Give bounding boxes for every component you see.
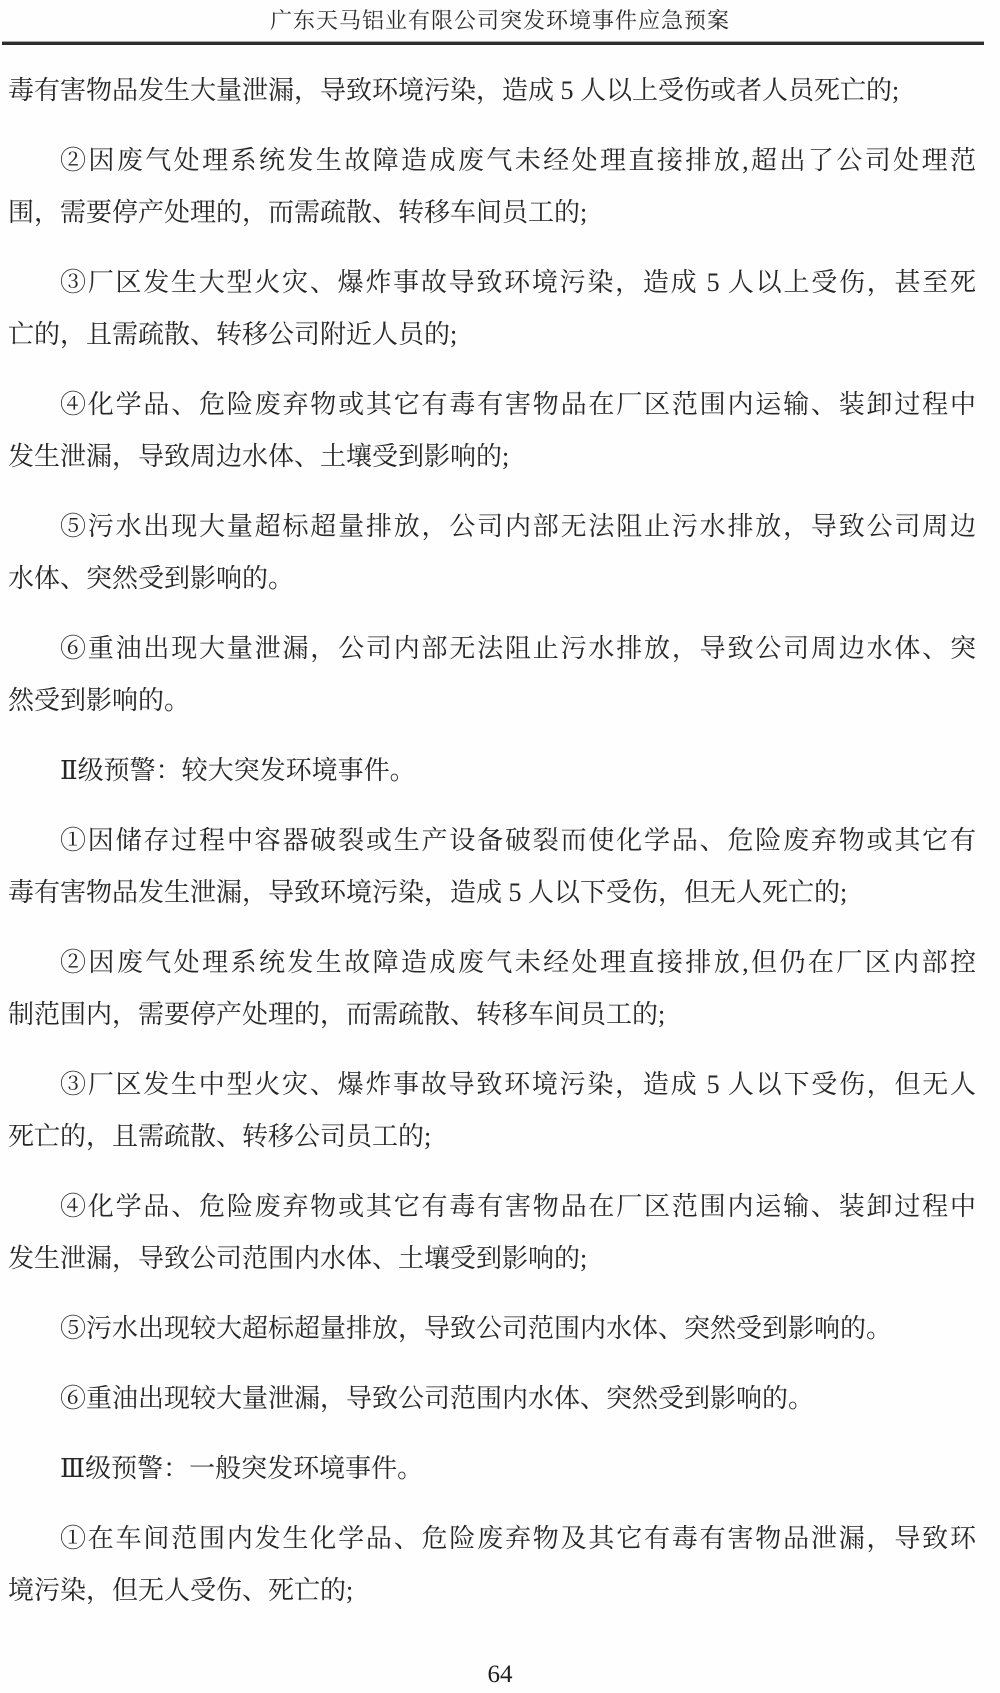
- paragraph-line: 亡的，且需疏散、转移公司附近人员的;: [8, 309, 976, 361]
- paragraph-line: ②因废气处理系统发生故障造成废气未经处理直接排放,但仍在厂区内部控: [8, 937, 976, 989]
- paragraph-line: 发生泄漏，导致周边水体、土壤受到影响的;: [8, 431, 976, 483]
- paragraph-line: ③厂区发生中型火灾、爆炸事故导致环境污染，造成 5 人以下受伤，但无人: [8, 1059, 976, 1111]
- paragraph: ②因废气处理系统发生故障造成废气未经处理直接排放,超出了公司处理范围，需要停产处…: [8, 135, 976, 239]
- paragraph: ⑥重油出现较大量泄漏，导致公司范围内水体、突然受到影响的。: [8, 1373, 976, 1425]
- paragraph: ⑤污水出现大量超标超量排放，公司内部无法阻止污水排放，导致公司周边水体、突然受到…: [8, 501, 976, 605]
- heading-line: Ⅲ级预警：一般突发环境事件。: [8, 1443, 976, 1495]
- paragraph-line: ④化学品、危险废弃物或其它有毒有害物品在厂区范围内运输、装卸过程中: [8, 379, 976, 431]
- heading-paragraph: Ⅲ级预警：一般突发环境事件。: [8, 1443, 976, 1495]
- paragraph-line: ①在车间范围内发生化学品、危险废弃物及其它有毒有害物品泄漏，导致环: [8, 1513, 976, 1565]
- heading-paragraph: Ⅱ级预警：较大突发环境事件。: [8, 745, 976, 797]
- paragraph-line: ③厂区发生大型火灾、爆炸事故导致环境污染，造成 5 人以上受伤，甚至死: [8, 257, 976, 309]
- paragraph: ①因储存过程中容器破裂或生产设备破裂而使化学品、危险废弃物或其它有毒有害物品发生…: [8, 815, 976, 919]
- paragraph-line: 死亡的，且需疏散、转移公司员工的;: [8, 1111, 976, 1163]
- paragraph: ③厂区发生中型火灾、爆炸事故导致环境污染，造成 5 人以下受伤，但无人死亡的，且…: [8, 1059, 976, 1163]
- paragraph-line: ⑥重油出现较大量泄漏，导致公司范围内水体、突然受到影响的。: [8, 1373, 976, 1425]
- paragraph: ②因废气处理系统发生故障造成废气未经处理直接排放,但仍在厂区内部控制范围内，需要…: [8, 937, 976, 1041]
- paragraph-line: ②因废气处理系统发生故障造成废气未经处理直接排放,超出了公司处理范: [8, 135, 976, 187]
- paragraph-line: ⑥重油出现大量泄漏，公司内部无法阻止污水排放，导致公司周边水体、突: [8, 623, 976, 675]
- paragraph-line: 发生泄漏，导致公司范围内水体、土壤受到影响的;: [8, 1233, 976, 1285]
- paragraph-line: 然受到影响的。: [8, 675, 976, 727]
- document-page: 广东天马铝业有限公司突发环境事件应急预案 毒有害物品发生大量泄漏，导致环境污染，…: [0, 0, 1000, 1693]
- paragraph-line: 毒有害物品发生泄漏，导致环境污染，造成 5 人以下受伤，但无人死亡的;: [8, 867, 976, 919]
- paragraph-line: 毒有害物品发生大量泄漏，导致环境污染，造成 5 人以上受伤或者人员死亡的;: [8, 65, 976, 117]
- paragraph: ④化学品、危险废弃物或其它有毒有害物品在厂区范围内运输、装卸过程中发生泄漏，导致…: [8, 379, 976, 483]
- paragraph-line: ⑤污水出现大量超标超量排放，公司内部无法阻止污水排放，导致公司周边: [8, 501, 976, 553]
- heading-line: Ⅱ级预警：较大突发环境事件。: [8, 745, 976, 797]
- paragraph-line: ⑤污水出现较大超标超量排放，导致公司范围内水体、突然受到影响的。: [8, 1303, 976, 1355]
- paragraph-line: ①因储存过程中容器破裂或生产设备破裂而使化学品、危险废弃物或其它有: [8, 815, 976, 867]
- paragraph: 毒有害物品发生大量泄漏，导致环境污染，造成 5 人以上受伤或者人员死亡的;: [8, 65, 976, 117]
- paragraph-line: 水体、突然受到影响的。: [8, 553, 976, 605]
- paragraph: ①在车间范围内发生化学品、危险废弃物及其它有毒有害物品泄漏，导致环境污染，但无人…: [8, 1513, 976, 1617]
- paragraph: ⑥重油出现大量泄漏，公司内部无法阻止污水排放，导致公司周边水体、突然受到影响的。: [8, 623, 976, 727]
- page-footer: 64: [0, 1661, 1000, 1689]
- page-header: 广东天马铝业有限公司突发环境事件应急预案: [0, 0, 1000, 45]
- paragraph-line: 境污染，但无人受伤、死亡的;: [8, 1565, 976, 1617]
- paragraph-line: ④化学品、危险废弃物或其它有毒有害物品在厂区范围内运输、装卸过程中: [8, 1181, 976, 1233]
- header-title: 广东天马铝业有限公司突发环境事件应急预案: [0, 7, 1000, 35]
- paragraph: ④化学品、危险废弃物或其它有毒有害物品在厂区范围内运输、装卸过程中发生泄漏，导致…: [8, 1181, 976, 1285]
- paragraph-line: 制范围内，需要停产处理的，而需疏散、转移车间员工的;: [8, 989, 976, 1041]
- paragraph: ③厂区发生大型火灾、爆炸事故导致环境污染，造成 5 人以上受伤，甚至死亡的，且需…: [8, 257, 976, 361]
- document-body: 毒有害物品发生大量泄漏，导致环境污染，造成 5 人以上受伤或者人员死亡的;②因废…: [0, 45, 1000, 1617]
- paragraph-line: 围，需要停产处理的，而需疏散、转移车间员工的;: [8, 187, 976, 239]
- paragraph: ⑤污水出现较大超标超量排放，导致公司范围内水体、突然受到影响的。: [8, 1303, 976, 1355]
- page-number: 64: [0, 1661, 1000, 1689]
